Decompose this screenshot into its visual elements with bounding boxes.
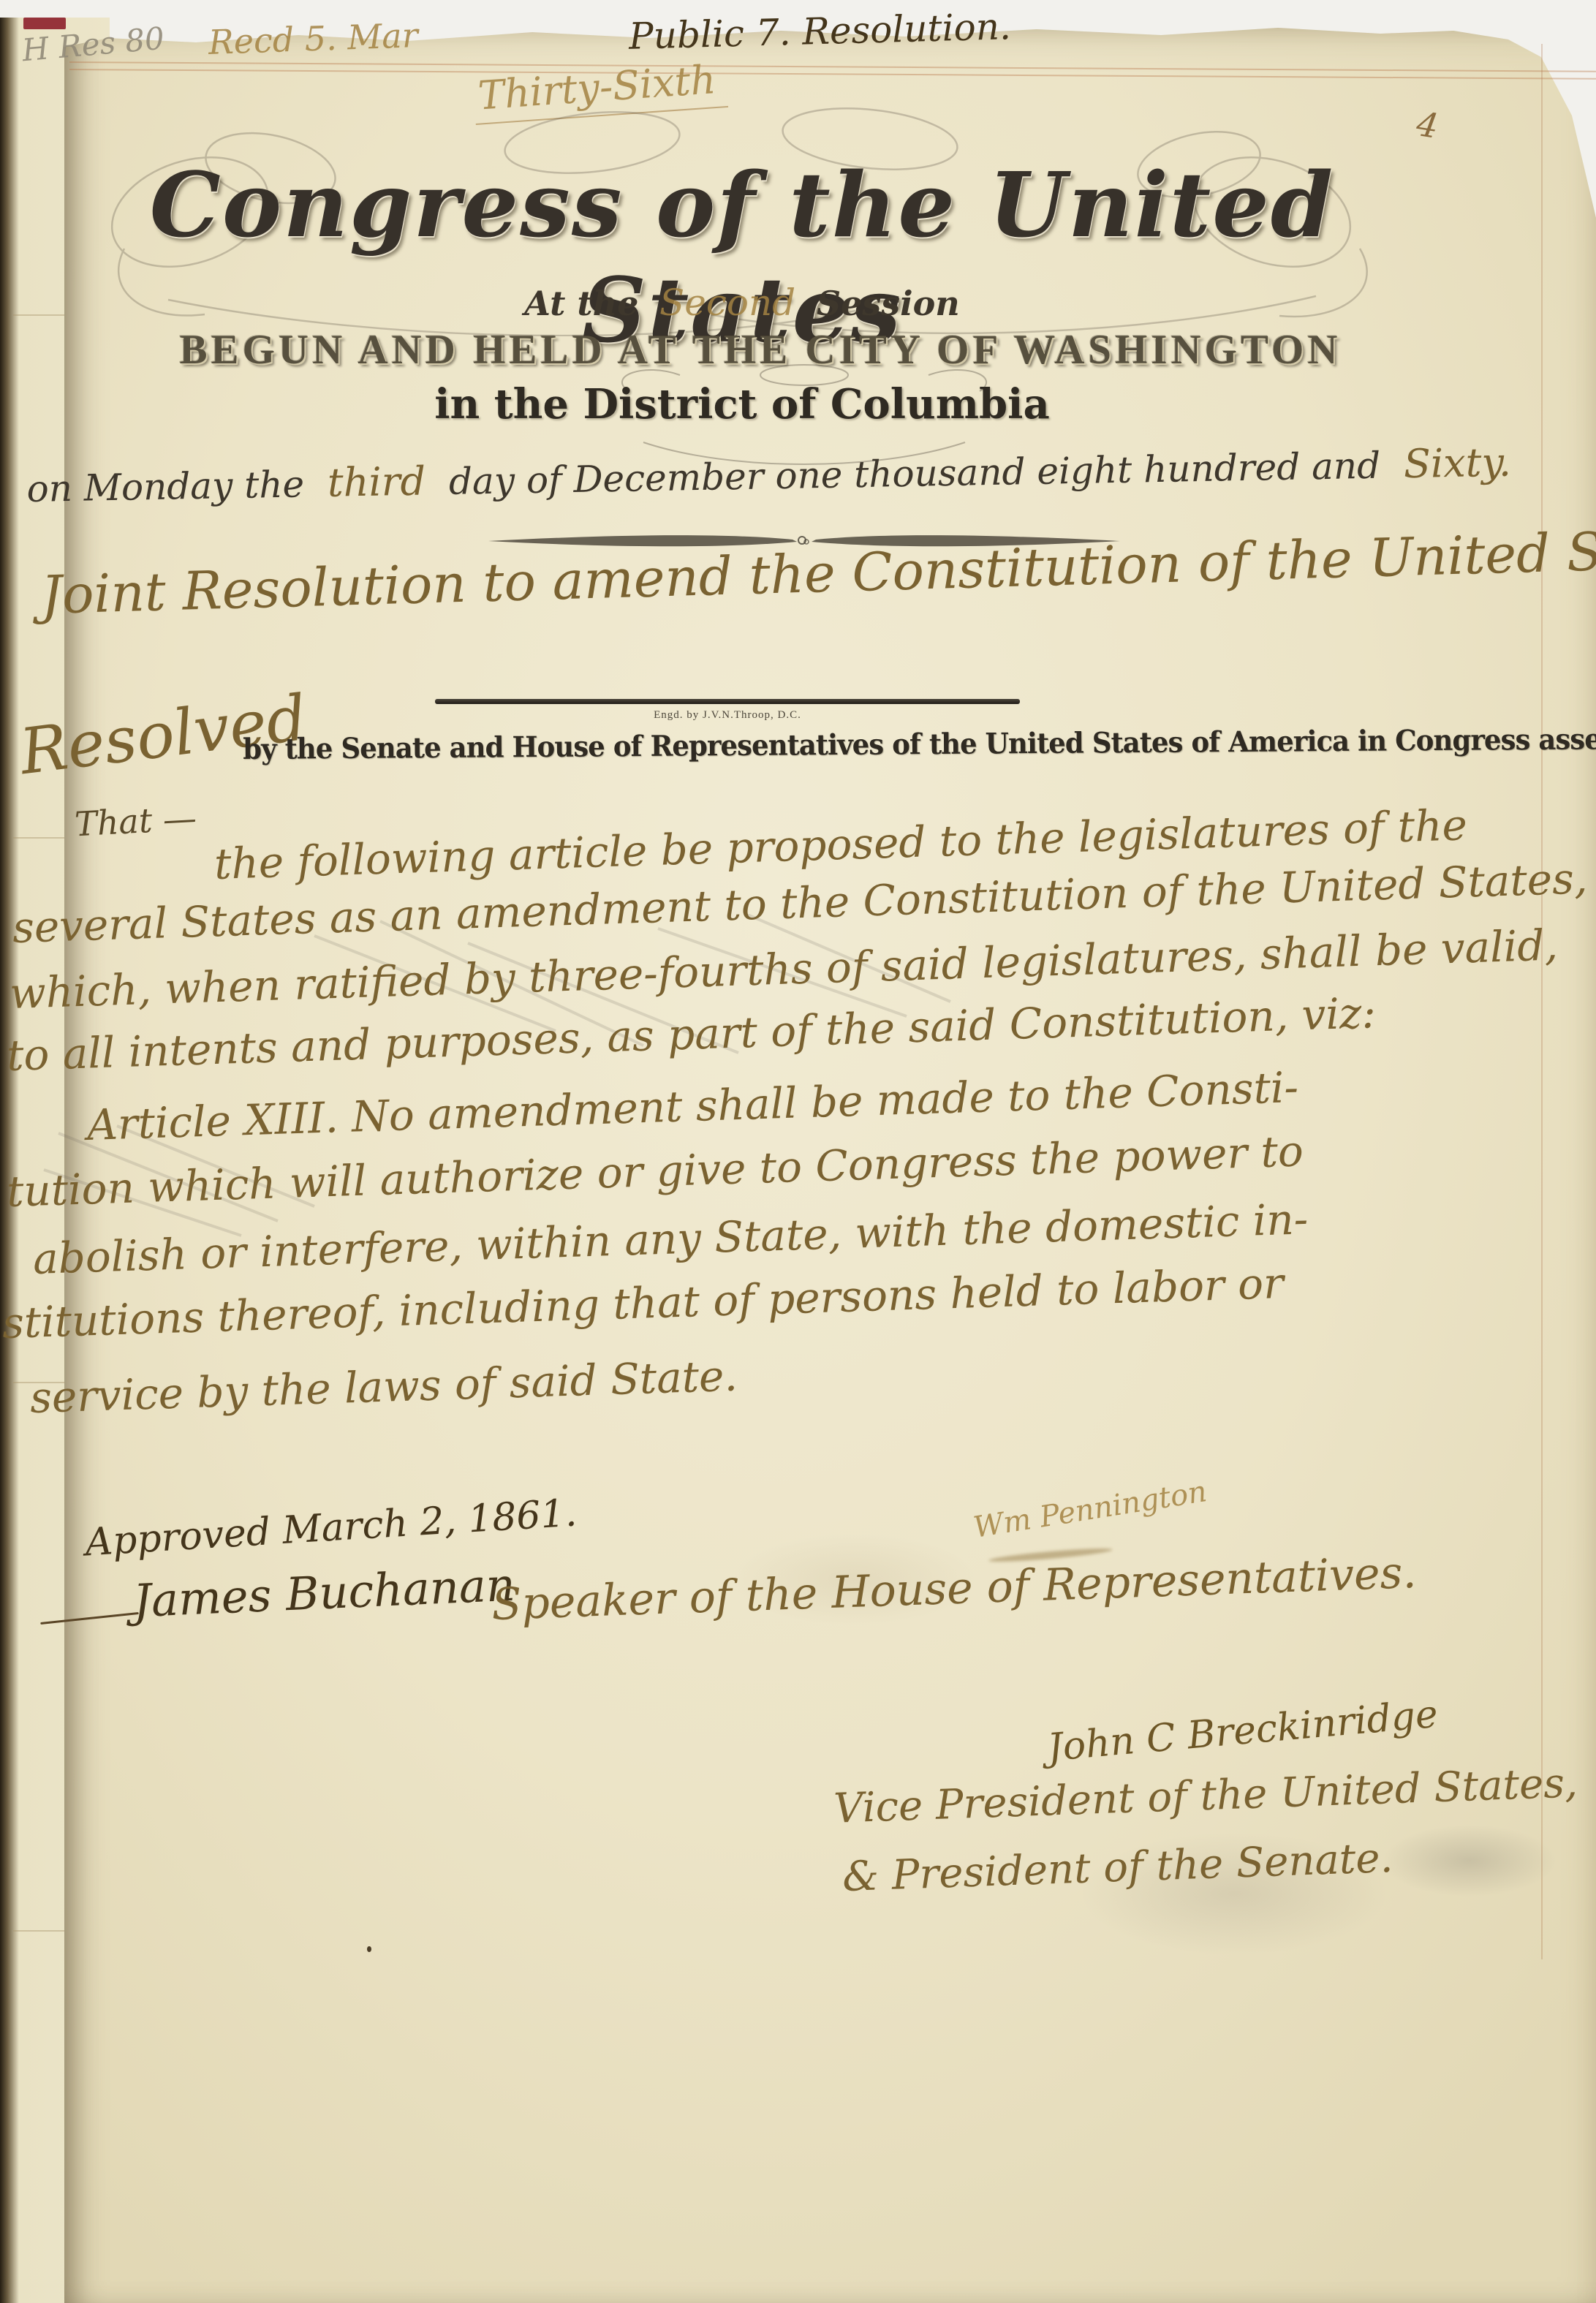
ink-speck xyxy=(367,1946,371,1952)
engraver-credit: Engd. by J.V.N.Throop, D.C. xyxy=(435,709,1020,722)
scanned-document: H Res 80 Recd 5. Mar Public 7. Resolutio… xyxy=(0,0,1596,2303)
session-suffix: Session xyxy=(817,284,960,323)
margin-rule xyxy=(1541,44,1543,1959)
annotation-received: Recd 5. Mar xyxy=(208,15,418,62)
date-prefix: on Monday the xyxy=(26,463,305,510)
date-day: third xyxy=(327,458,426,505)
engraved-rule xyxy=(435,699,1020,704)
session-prefix: At the xyxy=(524,284,638,323)
district-line: in the District of Columbia xyxy=(88,380,1396,428)
session-line: At the Second Session xyxy=(88,281,1396,324)
binding-ribbon xyxy=(23,18,66,29)
date-year: Sixty. xyxy=(1403,439,1511,488)
that-word: That — xyxy=(74,798,197,844)
session-term: Second xyxy=(659,281,795,324)
